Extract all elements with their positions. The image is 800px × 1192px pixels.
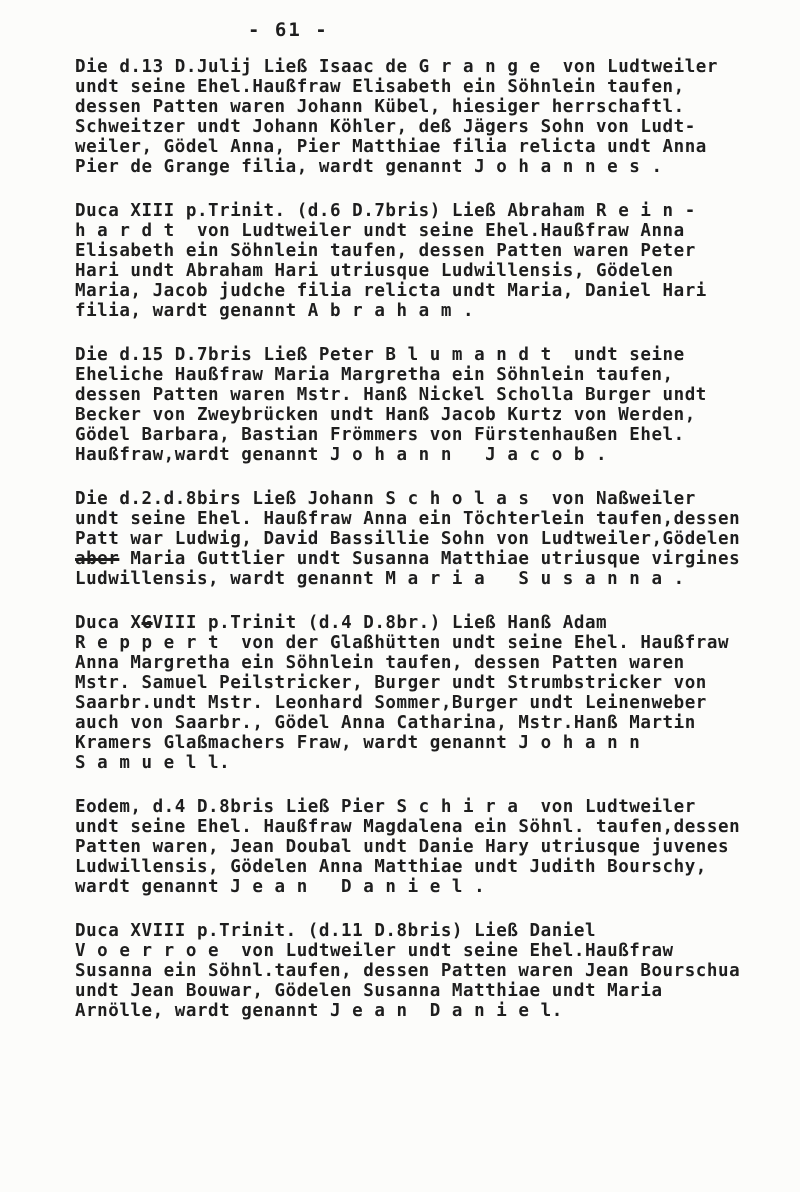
- record-text: Maria Guttlier undt Susanna Matthiae utr…: [119, 549, 740, 569]
- record-line: Anna Margretha ein Söhnlein taufen, dess…: [75, 653, 765, 673]
- record-text: Patten waren, Jean Doubal undt Danie Har…: [75, 837, 729, 857]
- records-container: Die d.13 D.Julij Ließ Isaac de G r a n g…: [75, 57, 765, 1021]
- record-line: auch von Saarbr., Gödel Anna Catharina, …: [75, 713, 765, 733]
- record-text: Kramers Glaßmachers Fraw, wardt genannt …: [75, 733, 640, 753]
- struck-text: G: [142, 613, 153, 633]
- baptism-record: Die d.15 D.7bris Ließ Peter B l u m a n …: [75, 345, 765, 465]
- record-text: Die d.2.d.8birs Ließ Johann S c h o l a …: [75, 489, 696, 509]
- record-text: Schweitzer undt Johann Köhler, deß Jäger…: [75, 117, 696, 137]
- record-line: Saarbr.undt Mstr. Leonhard Sommer,Burger…: [75, 693, 765, 713]
- record-line: undt seine Ehel. Haußfraw Magdalena ein …: [75, 817, 765, 837]
- record-text: Duca X: [75, 613, 142, 633]
- record-line: Schweitzer undt Johann Köhler, deß Jäger…: [75, 117, 765, 137]
- record-line: Patten waren, Jean Doubal undt Danie Har…: [75, 837, 765, 857]
- record-text: Gödel Barbara, Bastian Frömmers von Fürs…: [75, 425, 685, 445]
- page-number: - 61 -: [248, 20, 800, 40]
- record-text: undt seine Ehel. Haußfraw Anna ein Töcht…: [75, 509, 740, 529]
- record-line: Duca XGVIII p.Trinit (d.4 D.8br.) Ließ H…: [75, 613, 765, 633]
- record-text: wardt genannt J e a n D a n i e l .: [75, 877, 485, 897]
- record-line: Hari undt Abraham Hari utriusque Ludwill…: [75, 261, 765, 281]
- record-line: wardt genannt J e a n D a n i e l .: [75, 877, 765, 897]
- record-text: dessen Patten waren Mstr. Hanß Nickel Sc…: [75, 385, 707, 405]
- record-line: Eodem, d.4 D.8bris Ließ Pier S c h i r a…: [75, 797, 765, 817]
- record-line: aber Maria Guttlier undt Susanna Matthia…: [75, 549, 765, 569]
- record-line: Mstr. Samuel Peilstricker, Burger undt S…: [75, 673, 765, 693]
- record-line: undt seine Ehel.Haußfraw Elisabeth ein S…: [75, 77, 765, 97]
- record-line: Die d.15 D.7bris Ließ Peter B l u m a n …: [75, 345, 765, 365]
- record-text: Die d.13 D.Julij Ließ Isaac de G r a n g…: [75, 57, 718, 77]
- record-line: Elisabeth ein Söhnlein taufen, dessen Pa…: [75, 241, 765, 261]
- record-line: Arnölle, wardt genannt J e a n D a n i e…: [75, 1001, 765, 1021]
- record-line: Eheliche Haußfraw Maria Margretha ein Sö…: [75, 365, 765, 385]
- record-text: Elisabeth ein Söhnlein taufen, dessen Pa…: [75, 241, 696, 261]
- record-text: h a r d t von Ludtweiler undt seine Ehel…: [75, 221, 685, 241]
- record-line: Haußfraw,wardt genannt J o h a n n J a c…: [75, 445, 765, 465]
- document-page: - 61 - Die d.13 D.Julij Ließ Isaac de G …: [0, 0, 800, 1192]
- record-line: Susanna ein Söhnl.taufen, dessen Patten …: [75, 961, 765, 981]
- record-text: Haußfraw,wardt genannt J o h a n n J a c…: [75, 445, 607, 465]
- record-text: Duca XIII p.Trinit. (d.6 D.7bris) Ließ A…: [75, 201, 696, 221]
- record-line: dessen Patten waren Mstr. Hanß Nickel Sc…: [75, 385, 765, 405]
- record-line: Ludwillensis, wardt genannt M a r i a S …: [75, 569, 765, 589]
- record-line: h a r d t von Ludtweiler undt seine Ehel…: [75, 221, 765, 241]
- record-text: Mstr. Samuel Peilstricker, Burger undt S…: [75, 673, 707, 693]
- record-text: undt seine Ehel.Haußfraw Elisabeth ein S…: [75, 77, 685, 97]
- record-text: V o e r r o e von Ludtweiler undt seine …: [75, 941, 674, 961]
- record-text: Eodem, d.4 D.8bris Ließ Pier S c h i r a…: [75, 797, 696, 817]
- record-line: Gödel Barbara, Bastian Frömmers von Fürs…: [75, 425, 765, 445]
- record-line: Die d.13 D.Julij Ließ Isaac de G r a n g…: [75, 57, 765, 77]
- record-text: Die d.15 D.7bris Ließ Peter B l u m a n …: [75, 345, 685, 365]
- record-text: Becker von Zweybrücken undt Hanß Jacob K…: [75, 405, 696, 425]
- record-line: undt seine Ehel. Haußfraw Anna ein Töcht…: [75, 509, 765, 529]
- record-text: Ludwillensis, wardt genannt M a r i a S …: [75, 569, 685, 589]
- record-text: Saarbr.undt Mstr. Leonhard Sommer,Burger…: [75, 693, 707, 713]
- record-line: S a m u e l l.: [75, 753, 765, 773]
- record-text: VIII p.Trinit (d.4 D.8br.) Ließ Hanß Ada…: [153, 613, 608, 633]
- record-line: Becker von Zweybrücken undt Hanß Jacob K…: [75, 405, 765, 425]
- baptism-record: Duca XIII p.Trinit. (d.6 D.7bris) Ließ A…: [75, 201, 765, 321]
- record-line: Patt war Ludwig, David Bassillie Sohn vo…: [75, 529, 765, 549]
- record-text: weiler, Gödel Anna, Pier Matthiae filia …: [75, 137, 707, 157]
- record-text: dessen Patten waren Johann Kübel, hiesig…: [75, 97, 685, 117]
- record-line: Duca XVIII p.Trinit. (d.11 D.8bris) Ließ…: [75, 921, 765, 941]
- record-text: auch von Saarbr., Gödel Anna Catharina, …: [75, 713, 696, 733]
- baptism-record: Die d.13 D.Julij Ließ Isaac de G r a n g…: [75, 57, 765, 177]
- record-line: dessen Patten waren Johann Kübel, hiesig…: [75, 97, 765, 117]
- record-text: undt seine Ehel. Haußfraw Magdalena ein …: [75, 817, 740, 837]
- record-text: Eheliche Haußfraw Maria Margretha ein Sö…: [75, 365, 674, 385]
- baptism-record: Duca XVIII p.Trinit. (d.11 D.8bris) Ließ…: [75, 921, 765, 1021]
- record-text: Anna Margretha ein Söhnlein taufen, dess…: [75, 653, 685, 673]
- record-text: Arnölle, wardt genannt J e a n D a n i e…: [75, 1001, 563, 1021]
- record-text: Ludwillensis, Gödelen Anna Matthiae undt…: [75, 857, 707, 877]
- record-line: Ludwillensis, Gödelen Anna Matthiae undt…: [75, 857, 765, 877]
- record-line: Die d.2.d.8birs Ließ Johann S c h o l a …: [75, 489, 765, 509]
- record-line: weiler, Gödel Anna, Pier Matthiae filia …: [75, 137, 765, 157]
- struck-text: aber: [75, 549, 119, 569]
- record-text: Hari undt Abraham Hari utriusque Ludwill…: [75, 261, 674, 281]
- baptism-record: Duca XGVIII p.Trinit (d.4 D.8br.) Ließ H…: [75, 613, 765, 773]
- record-line: Kramers Glaßmachers Fraw, wardt genannt …: [75, 733, 765, 753]
- record-text: S a m u e l l.: [75, 753, 230, 773]
- record-line: Maria, Jacob judche filia relicta undt M…: [75, 281, 765, 301]
- record-line: Pier de Grange filia, wardt genannt J o …: [75, 157, 765, 177]
- record-text: Susanna ein Söhnl.taufen, dessen Patten …: [75, 961, 740, 981]
- record-line: filia, wardt genannt A b r a h a m .: [75, 301, 765, 321]
- baptism-record: Die d.2.d.8birs Ließ Johann S c h o l a …: [75, 489, 765, 589]
- record-text: Maria, Jacob judche filia relicta undt M…: [75, 281, 707, 301]
- record-text: filia, wardt genannt A b r a h a m .: [75, 301, 474, 321]
- record-line: R e p p e r t von der Glaßhütten undt se…: [75, 633, 765, 653]
- record-text: Pier de Grange filia, wardt genannt J o …: [75, 157, 663, 177]
- record-text: Duca XVIII p.Trinit. (d.11 D.8bris) Ließ…: [75, 921, 596, 941]
- record-text: Patt war Ludwig, David Bassillie Sohn vo…: [75, 529, 740, 549]
- record-text: undt Jean Bouwar, Gödelen Susanna Matthi…: [75, 981, 663, 1001]
- baptism-record: Eodem, d.4 D.8bris Ließ Pier S c h i r a…: [75, 797, 765, 897]
- record-line: undt Jean Bouwar, Gödelen Susanna Matthi…: [75, 981, 765, 1001]
- record-line: V o e r r o e von Ludtweiler undt seine …: [75, 941, 765, 961]
- record-text: R e p p e r t von der Glaßhütten undt se…: [75, 633, 729, 653]
- record-line: Duca XIII p.Trinit. (d.6 D.7bris) Ließ A…: [75, 201, 765, 221]
